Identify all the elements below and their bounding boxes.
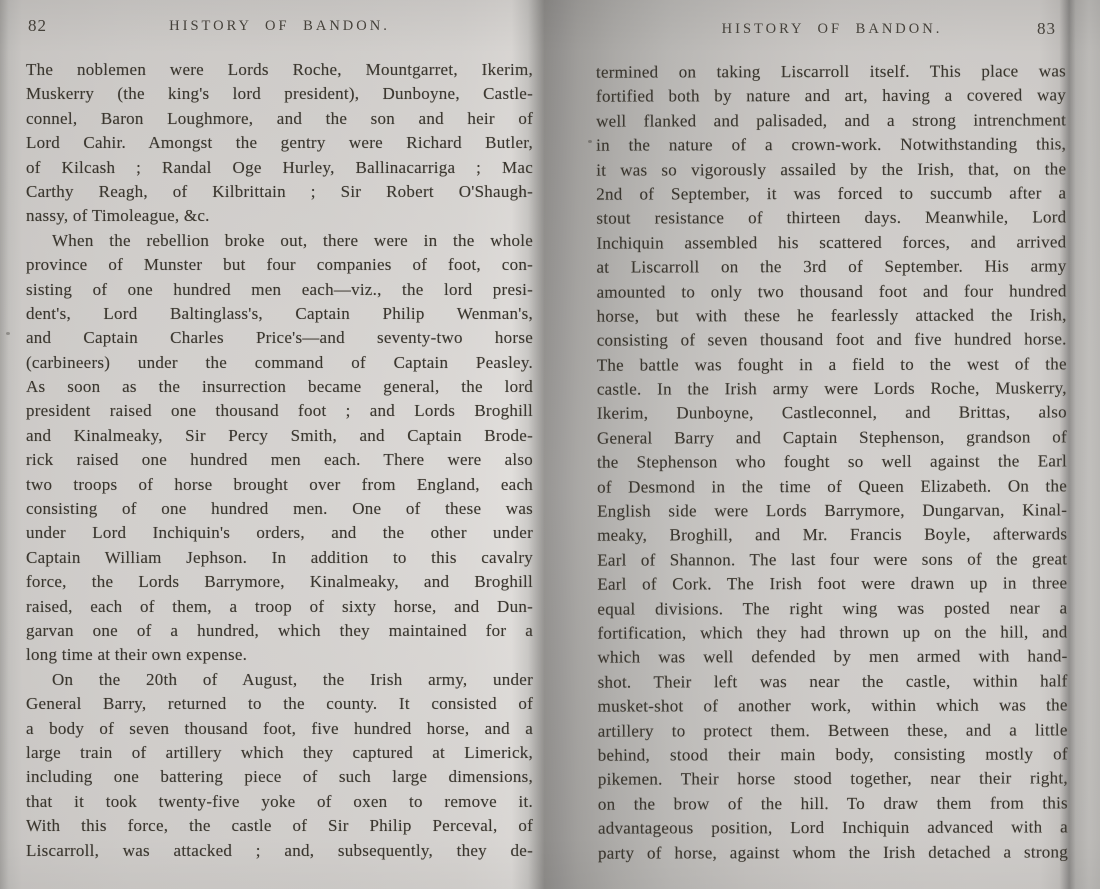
- text-line: Earl of Shannon. The last four were sons…: [597, 547, 1067, 573]
- text-line: horse, but with these he fearlessly atta…: [597, 303, 1067, 329]
- text-line: fortification, which they had thrown up …: [597, 620, 1067, 646]
- text-line: long time at their own expense.: [26, 643, 533, 667]
- text-line: As soon as the insurrection became gener…: [26, 375, 533, 399]
- text-line: which was well defended by men armed wit…: [597, 645, 1067, 671]
- text-line: nassy, of Timoleague, &c.: [26, 204, 533, 228]
- text-line: musket-shot of another work, within whic…: [598, 694, 1068, 720]
- text-line: sisting of one hundred men each—viz., th…: [26, 278, 533, 302]
- text-line: (carbineers) under the command of Captai…: [26, 351, 533, 375]
- text-line: and Kinalmeaky, Sir Percy Smith, and Cap…: [26, 424, 533, 448]
- text-line: On the 20th of August, the Irish army, u…: [26, 668, 533, 692]
- left-page-text: The noblemen were Lords Roche, Mountgarr…: [26, 58, 533, 863]
- text-line: well flanked and palisaded, and a strong…: [596, 108, 1066, 134]
- text-line: Inchiquin assembled his scattered forces…: [596, 230, 1066, 256]
- text-line: General Barry, returned to the county. I…: [26, 692, 533, 716]
- text-line: 2nd of September, it was forced to succu…: [596, 181, 1066, 207]
- text-line: advantageous position, Lord Inchiquin ad…: [598, 815, 1068, 841]
- running-header-right: HISTORY OF BANDON.: [597, 21, 1067, 38]
- page-82: 82 HISTORY OF BANDON. The noblemen were …: [0, 0, 540, 889]
- text-line: With this force, the castle of Sir Phili…: [26, 814, 533, 838]
- text-line: When the rebellion broke out, there were…: [26, 229, 533, 253]
- text-line: and Captain Charles Price's—and seventy-…: [26, 326, 533, 350]
- text-line: rick raised one hundred men each. There …: [26, 448, 533, 472]
- right-page-text: termined on taking Liscarroll itself. Th…: [596, 59, 1068, 865]
- text-line: equal divisions. The right wing was post…: [597, 596, 1067, 622]
- text-line: dent's, Lord Baltinglass's, Captain Phil…: [26, 302, 533, 326]
- text-line: Lord Cahir. Amongst the gentry were Rich…: [26, 131, 533, 155]
- text-line: raised, each of them, a troop of sixty h…: [26, 595, 533, 619]
- text-line: province of Munster but four companies o…: [26, 253, 533, 277]
- text-line: on the brow of the hill. To draw them fr…: [598, 791, 1068, 817]
- text-line: Carthy Reagh, of Kilbrittain ; Sir Rober…: [26, 180, 533, 204]
- text-line: artillery to protect them. Between these…: [598, 718, 1068, 744]
- text-line: pikemen. Their horse stood together, nea…: [598, 767, 1068, 793]
- text-line: garvan one of a hundred, which they main…: [26, 619, 533, 643]
- text-line: connel, Baron Loughmore, and the son and…: [26, 107, 533, 131]
- text-line: General Barry and Captain Stephenson, gr…: [597, 425, 1067, 451]
- text-line: Earl of Cork. The Irish foot were drawn …: [597, 572, 1067, 598]
- text-line: under Lord Inchiquin's orders, and the o…: [26, 521, 533, 545]
- text-line: The battle was fought in a field to the …: [597, 352, 1067, 378]
- text-line: Captain William Jephson. In addition to …: [26, 546, 533, 570]
- text-line: behind, stood their main body, consistin…: [598, 742, 1068, 768]
- text-line: force, the Lords Barrymore, Kinalmeaky, …: [26, 570, 533, 594]
- text-line: it was so vigorously assailed by the Iri…: [596, 157, 1066, 183]
- text-line: consisting of seven thousand foot and fi…: [597, 328, 1067, 354]
- page-number-right: 83: [1037, 19, 1056, 39]
- text-line: president raised one thousand foot ; and…: [26, 399, 533, 423]
- text-line: consisting of one hundred men. One of th…: [26, 497, 533, 521]
- page-83: HISTORY OF BANDON. 83 termined on taking…: [560, 0, 1100, 889]
- text-line: of Desmond in the time of Queen Elizabet…: [597, 474, 1067, 500]
- text-line: at Liscarroll on the 3rd of September. H…: [596, 255, 1066, 281]
- text-line: Muskerry (the king's lord president), Du…: [26, 82, 533, 106]
- text-line: large train of artillery which they capt…: [26, 741, 533, 765]
- running-header-left: HISTORY OF BANDON.: [26, 18, 533, 35]
- text-line: Ikerim, Dunboyne, Castleconnel, and Brit…: [597, 401, 1067, 427]
- text-line: stout resistance of thirteen days. Meanw…: [596, 206, 1066, 232]
- text-line: castle. In the Irish army were Lords Roc…: [597, 376, 1067, 402]
- text-line: amounted to only two thousand foot and f…: [597, 279, 1067, 305]
- text-line: termined on taking Liscarroll itself. Th…: [596, 59, 1066, 85]
- text-line: in the nature of a crown-work. Notwithst…: [596, 133, 1066, 159]
- text-line: of Kilcash ; Randal Oge Hurley, Ballinac…: [26, 156, 533, 180]
- text-line: the Stephenson who fought so well agains…: [597, 450, 1067, 476]
- text-line: party of horse, against whom the Irish d…: [598, 840, 1068, 866]
- text-line: including one battering piece of such la…: [26, 765, 533, 789]
- text-line: meaky, Broghill, and Mr. Francis Boyle, …: [597, 523, 1067, 549]
- text-line: shot. Their left was near the castle, wi…: [598, 669, 1068, 695]
- text-line: that it took twenty-five yoke of oxen to…: [26, 790, 533, 814]
- text-line: Liscarroll, was attacked ; and, subseque…: [26, 839, 533, 863]
- text-line: two troops of horse brought over from En…: [26, 473, 533, 497]
- text-line: fortified both by nature and art, having…: [596, 84, 1066, 110]
- text-line: a body of seven thousand foot, five hund…: [26, 717, 533, 741]
- text-line: The noblemen were Lords Roche, Mountgarr…: [26, 58, 533, 82]
- text-line: English side were Lords Barrymore, Dunga…: [597, 498, 1067, 524]
